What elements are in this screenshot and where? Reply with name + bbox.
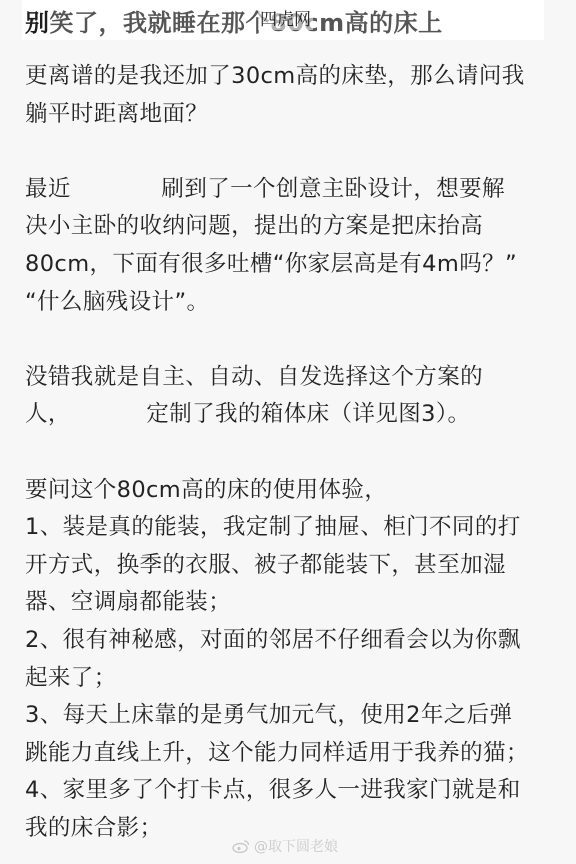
text-line: 更离谱的是我还加了30cm高的床垫，那么请问我	[25, 58, 555, 96]
watermark-text: @取下圆老娘	[254, 836, 338, 856]
text-line: 人， 定制了我的箱体床（详见图3）。	[25, 396, 555, 434]
paragraph-gap	[25, 133, 555, 171]
header-text: 笑了，我就睡在那个80cm高的床上	[50, 9, 443, 37]
top-watermark: 四虎网	[258, 5, 313, 30]
text-line: 跳能力直线上升，这个能力同样适用于我养的猫；	[25, 735, 555, 773]
bottom-watermark: @取下圆老娘	[232, 836, 338, 856]
text-line: 3、每天上床靠的是勇气加元气，使用2年之后弹	[25, 697, 555, 735]
weibo-icon	[232, 839, 250, 853]
header-line: 别笑了，我就睡在那个80cm高的床上	[25, 3, 443, 38]
text-line: 2、很有神秘感，对面的邻居不仔细看会以为你飘	[25, 622, 555, 660]
text-line: 躺平时距离地面？	[25, 96, 555, 134]
text-line: 起来了；	[25, 660, 555, 698]
text-line: 4、家里多了个打卡点，很多人一进我家门就是和	[25, 772, 555, 810]
paragraph-2: 最近 刷到了一个创意主卧设计，想要解 决小主卧的收纳问题，提出的方案是把床抬高 …	[25, 171, 555, 321]
text-line: 决小主卧的收纳问题，提出的方案是把床抬高	[25, 208, 555, 246]
text-line: 要问这个80cm高的床的使用体验，	[25, 472, 555, 510]
paragraph-3: 没错我就是自主、自动、自发选择这个方案的 人， 定制了我的箱体床（详见图3）。	[25, 359, 555, 434]
text-line: “什么脑残设计”。	[25, 284, 555, 322]
text-line: 最近 刷到了一个创意主卧设计，想要解	[25, 171, 555, 209]
text-line: 开方式，换季的衣服、被子都能装下，甚至加湿	[25, 547, 555, 585]
text-line: 器、空调扇都能装；	[25, 584, 555, 622]
paragraph-gap	[25, 434, 555, 472]
header-first-char: 别	[25, 9, 50, 37]
text-line: 80cm，下面有很多吐槽“你家层高是有4m吗？”	[25, 246, 555, 284]
text-line: 没错我就是自主、自动、自发选择这个方案的	[25, 359, 555, 397]
paragraph-gap	[25, 321, 555, 359]
post-body: 更离谱的是我还加了30cm高的床垫，那么请问我 躺平时距离地面？ 最近 刷到了一…	[25, 58, 555, 847]
text-line: 1、装是真的能装，我定制了抽屉、柜门不同的打	[25, 509, 555, 547]
paragraph-4: 要问这个80cm高的床的使用体验， 1、装是真的能装，我定制了抽屉、柜门不同的打…	[25, 472, 555, 848]
paragraph-1: 更离谱的是我还加了30cm高的床垫，那么请问我 躺平时距离地面？	[25, 58, 555, 133]
